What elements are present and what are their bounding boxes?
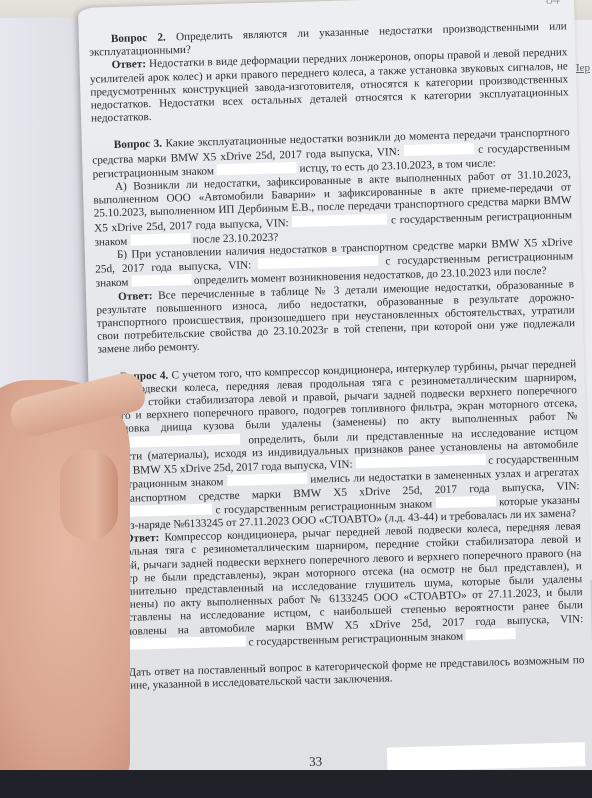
redaction-block	[355, 454, 485, 469]
redaction-block	[292, 213, 387, 227]
paragraph: Дать ответ на поставленный вопрос в кате…	[106, 654, 585, 694]
redaction-block	[258, 255, 378, 269]
redaction-block	[435, 495, 495, 508]
paragraph-label: Вопрос 3.	[114, 138, 163, 151]
paragraph: Вопрос 4. С учетом того, что компрессор …	[98, 358, 580, 534]
paragraph-label: Вопрос 2.	[111, 32, 166, 46]
document-body: Вопрос 2. Определить являются ли указанн…	[89, 20, 585, 693]
paragraph-label: Ответ:	[111, 59, 146, 72]
paragraph-label: Ответ:	[118, 290, 153, 303]
redaction-block	[217, 162, 297, 175]
redaction-block	[227, 473, 307, 486]
redaction-block	[404, 143, 474, 156]
redaction-block	[131, 274, 191, 287]
hand	[0, 380, 130, 798]
redaction-block	[466, 628, 516, 640]
handwritten-corner-mark: 84	[546, 0, 560, 9]
redaction-block	[387, 742, 586, 772]
paragraph: Ответ: Все перечисленные в таблице № 3 д…	[96, 278, 576, 357]
paragraph: Ответ: Недостатки в виде деформации пере…	[89, 47, 569, 126]
middle-finger	[60, 450, 118, 540]
redaction-block	[130, 233, 190, 246]
paragraph: Ответ: Компрессор кондиционера, рычаг пе…	[103, 520, 584, 653]
dark-surface	[0, 770, 592, 798]
page-number: 33	[309, 753, 322, 769]
document-page: 84 Вопрос 2. Определить являются ли указ…	[78, 0, 592, 788]
